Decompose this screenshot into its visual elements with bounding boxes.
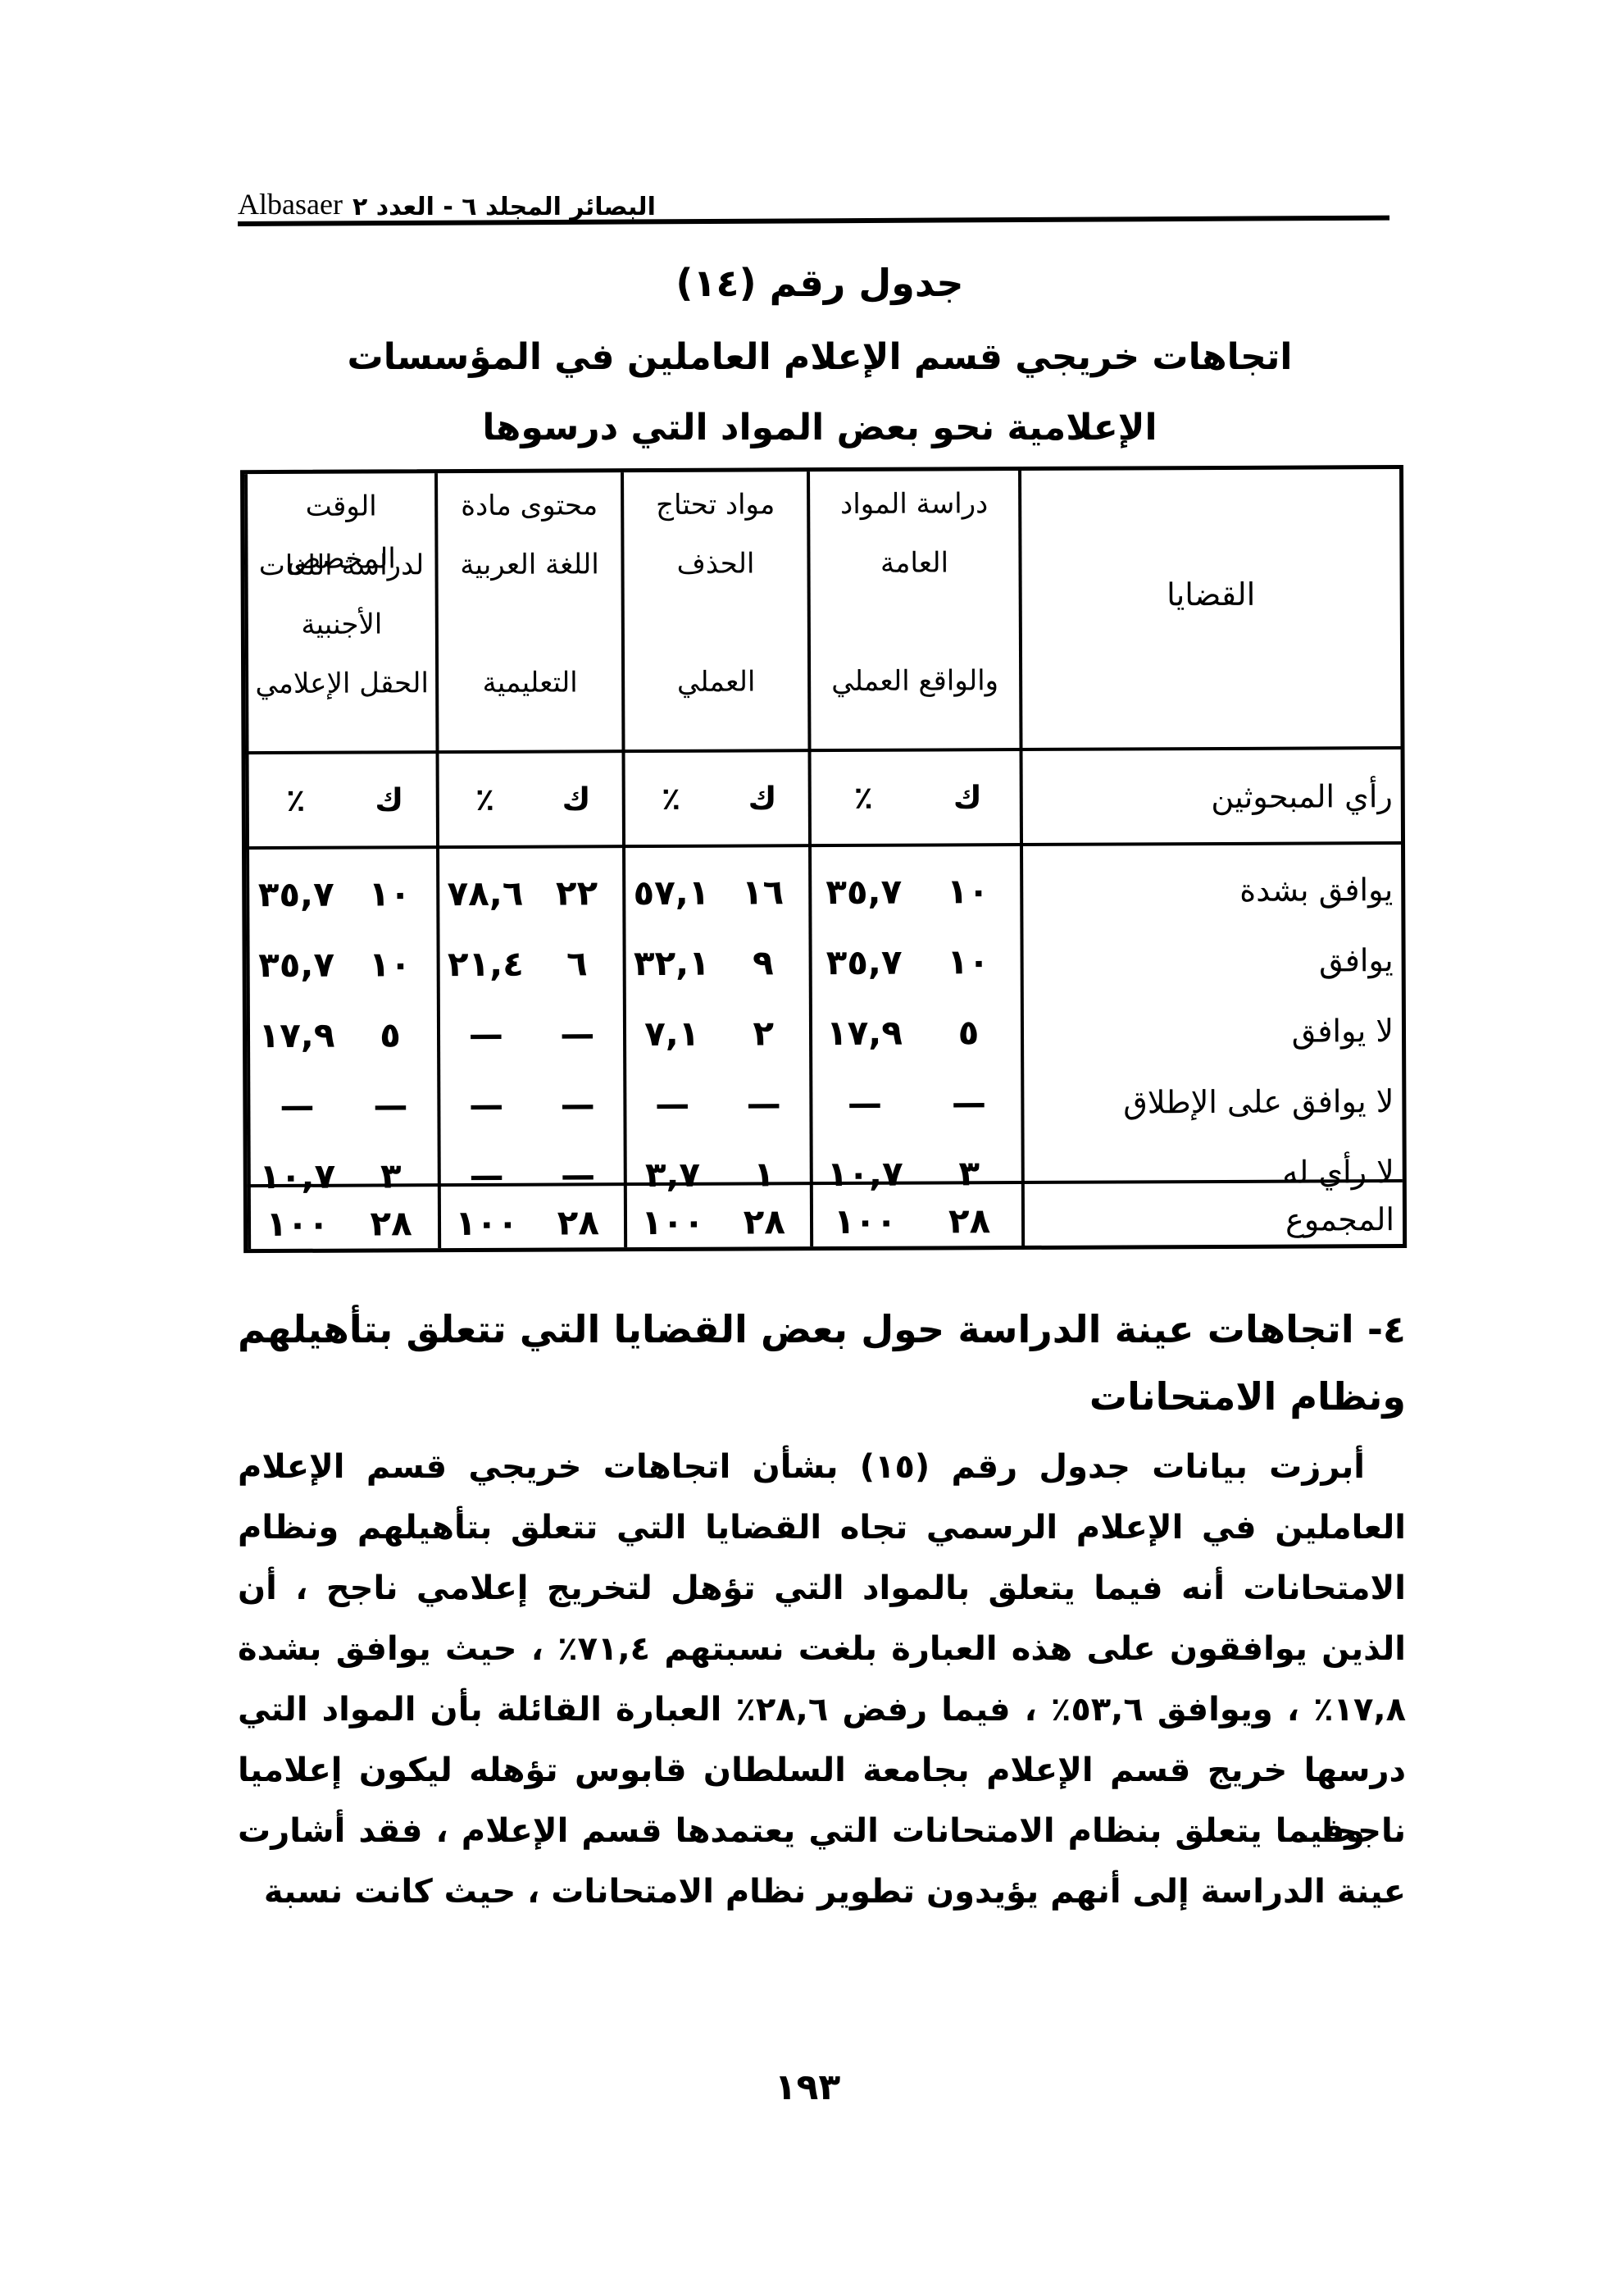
- column-header-line: التعليمية: [439, 656, 621, 709]
- table-cell: ٢٨: [344, 1188, 438, 1259]
- table-cell: ك: [716, 752, 808, 844]
- table-cell: —: [531, 999, 623, 1069]
- table-cell: ١٠٠: [627, 1187, 719, 1258]
- table-cell: ٥: [916, 997, 1021, 1068]
- table-row: ——: [812, 1068, 1021, 1139]
- section-heading: ٤- اتجاهات عينة الدراسة حول بعض القضايا …: [238, 1296, 1406, 1430]
- table-cell: —: [250, 1071, 343, 1141]
- table-row: ١٠٣٥,٧: [812, 856, 1020, 927]
- table-cell: ١٠٠: [441, 1188, 533, 1259]
- table-row: ٩٣٢,١: [625, 927, 808, 999]
- total-label: المجموع: [1285, 1184, 1394, 1255]
- table-row: ——: [626, 1068, 809, 1140]
- table-row: ٢٨١٠٠: [441, 1187, 624, 1259]
- table-row: ٢٨١٠٠: [813, 1186, 1021, 1257]
- table-row: ١٠٣٥,٧: [249, 929, 436, 1000]
- table-cell: —: [440, 1000, 532, 1070]
- table-cell: ١٠٠: [251, 1189, 344, 1260]
- column-subjects-to-delete: مواد تحتاج الحذف العملي ك٪ ١٦٥٧,١ ٩٣٢,١ …: [621, 471, 810, 1247]
- table-row: ١٠٣٥,٧: [249, 859, 436, 930]
- column-header-line: دراسة المواد: [810, 477, 1018, 531]
- table-cell: ١٧,٩: [812, 998, 916, 1069]
- column-header-line: الحقل الإعلامي: [248, 657, 435, 710]
- issues-column: القضايا رأي المبحوثين يوافق بشدة يوافق ل…: [1018, 469, 1403, 1246]
- table-row: ٦٢١,٤: [439, 928, 622, 1000]
- table-cell: —: [916, 1068, 1021, 1139]
- table-cell: —: [812, 1068, 916, 1140]
- table-row: ٥١٧,٩: [250, 1000, 437, 1071]
- table-cell: ١٠: [916, 927, 1020, 998]
- table-cell: ٢٨: [532, 1187, 624, 1258]
- kp-row: ك٪: [625, 752, 808, 845]
- kp-row: ك٪: [249, 754, 436, 846]
- table-cell: ٦: [531, 928, 623, 999]
- column-header-line: لدراسة اللغات: [248, 539, 434, 592]
- table-cell: ٪: [439, 754, 531, 845]
- table-cell: ٩: [717, 927, 809, 998]
- table-row: ——: [250, 1070, 437, 1141]
- column-header-line: العملي: [625, 655, 807, 708]
- table-cell: ٣٥,٧: [249, 930, 343, 1000]
- column-header-line: العامة: [810, 536, 1018, 590]
- table-cell: ٢٨: [718, 1187, 810, 1257]
- column-header-line: الحذف: [624, 537, 807, 590]
- row-label: يوافق بشدة: [1239, 854, 1393, 926]
- table-cell: ١٠: [916, 856, 1020, 927]
- opinion-header: رأي المبحوثين: [1211, 761, 1393, 832]
- table-cell: ٧,١: [626, 999, 718, 1069]
- table-cell: ١٠: [343, 929, 436, 1000]
- column-header-line: محتوى مادة: [438, 479, 621, 532]
- table-cell: ١٧,٩: [250, 1000, 343, 1071]
- table-cell: —: [718, 1068, 810, 1139]
- table-cell: ك: [343, 754, 436, 845]
- column-header-line: والواقع العملي: [811, 654, 1019, 708]
- table-row: ١٦٥٧,١: [625, 857, 808, 928]
- table-row: ٢٧,١: [626, 998, 809, 1069]
- table-row: ٢٢٧٨,٦: [439, 858, 622, 929]
- table-row: ——: [440, 1069, 623, 1141]
- table-row: ٢٨١٠٠: [251, 1188, 438, 1260]
- table-cell: —: [532, 1069, 624, 1140]
- table-title: جدول رقم (١٤): [238, 261, 1402, 305]
- table-cell: ٥٧,١: [625, 858, 717, 928]
- table-cell: ٢١,٤: [439, 929, 531, 1000]
- table-cell: ١٠: [343, 859, 436, 929]
- table-cell: ٪: [249, 754, 343, 846]
- table-cell: ٪: [812, 752, 916, 845]
- page-number: ١٩٣: [754, 2066, 861, 2108]
- table-cell: —: [626, 1069, 718, 1140]
- table-cell: —: [343, 1070, 437, 1141]
- column-header-line: اللغة العربية: [438, 538, 621, 591]
- table-cell: ١٠٠: [813, 1187, 917, 1258]
- journal-issue-arabic: البصائر المجلد ٦ - العدد ٢: [352, 193, 656, 221]
- table-cell: ٣٥,٧: [812, 927, 916, 999]
- table-cell: ٢: [717, 998, 809, 1068]
- column-header-line: مواد تحتاج: [624, 478, 807, 531]
- table-row: ٥١٧,٩: [812, 997, 1021, 1068]
- table-caption-line2: الإعلامية نحو بعض المواد التي درسوها: [238, 392, 1402, 464]
- table-row: ——: [440, 999, 623, 1070]
- kp-row: ك٪: [812, 751, 1020, 844]
- column-general-subjects: دراسة المواد العامة والواقع العملي ك٪ ١٠…: [807, 471, 1021, 1246]
- data-table: القضايا رأي المبحوثين يوافق بشدة يوافق ل…: [240, 465, 1407, 1253]
- table-row: ١٠٣٥,٧: [812, 927, 1020, 998]
- table-cell: ٢٨: [917, 1186, 1021, 1257]
- table-cell: ٪: [625, 753, 717, 845]
- body-paragraph: أبرزت بيانات جدول رقم (١٥) بشأن اتجاهات …: [238, 1437, 1406, 1861]
- row-label: لا يوافق على الإطلاق: [1123, 1066, 1394, 1137]
- column-foreign-languages: الوقت المخصص لدراسة اللغات الأجنبية الحق…: [244, 473, 438, 1249]
- table-cell: ك: [916, 751, 1020, 844]
- table-cell: ٣٥,٧: [812, 857, 916, 928]
- table-cell: ٣٢,١: [625, 928, 717, 999]
- table-row: ٢٨١٠٠: [627, 1187, 810, 1258]
- journal-name-latin: Albasaer: [238, 187, 343, 221]
- table-cell: ٢٢: [531, 858, 623, 928]
- row-label: يوافق: [1319, 925, 1394, 995]
- kp-row: ك٪: [439, 753, 622, 845]
- issues-header: القضايا: [1022, 567, 1400, 622]
- table-cell: ٥: [343, 1000, 437, 1070]
- table-cell: ك: [530, 753, 622, 845]
- table-cell: ٧٨,٦: [439, 859, 531, 929]
- row-label: لا يوافق: [1291, 995, 1394, 1067]
- table-caption-line1: اتجاهات خريجي قسم الإعلام العاملين في ال…: [238, 321, 1402, 394]
- table-cell: ١٦: [717, 857, 809, 927]
- table-cell: ٣٥,٧: [249, 859, 343, 930]
- body-paragraph: وفيما يتعلق بنظام الامتحانات التي يعتمده…: [238, 1801, 1406, 1922]
- column-arabic-content: محتوى مادة اللغة العربية التعليمية ك٪ ٢٢…: [434, 472, 624, 1248]
- column-header-line: الأجنبية: [248, 598, 435, 651]
- table-cell: —: [440, 1070, 532, 1141]
